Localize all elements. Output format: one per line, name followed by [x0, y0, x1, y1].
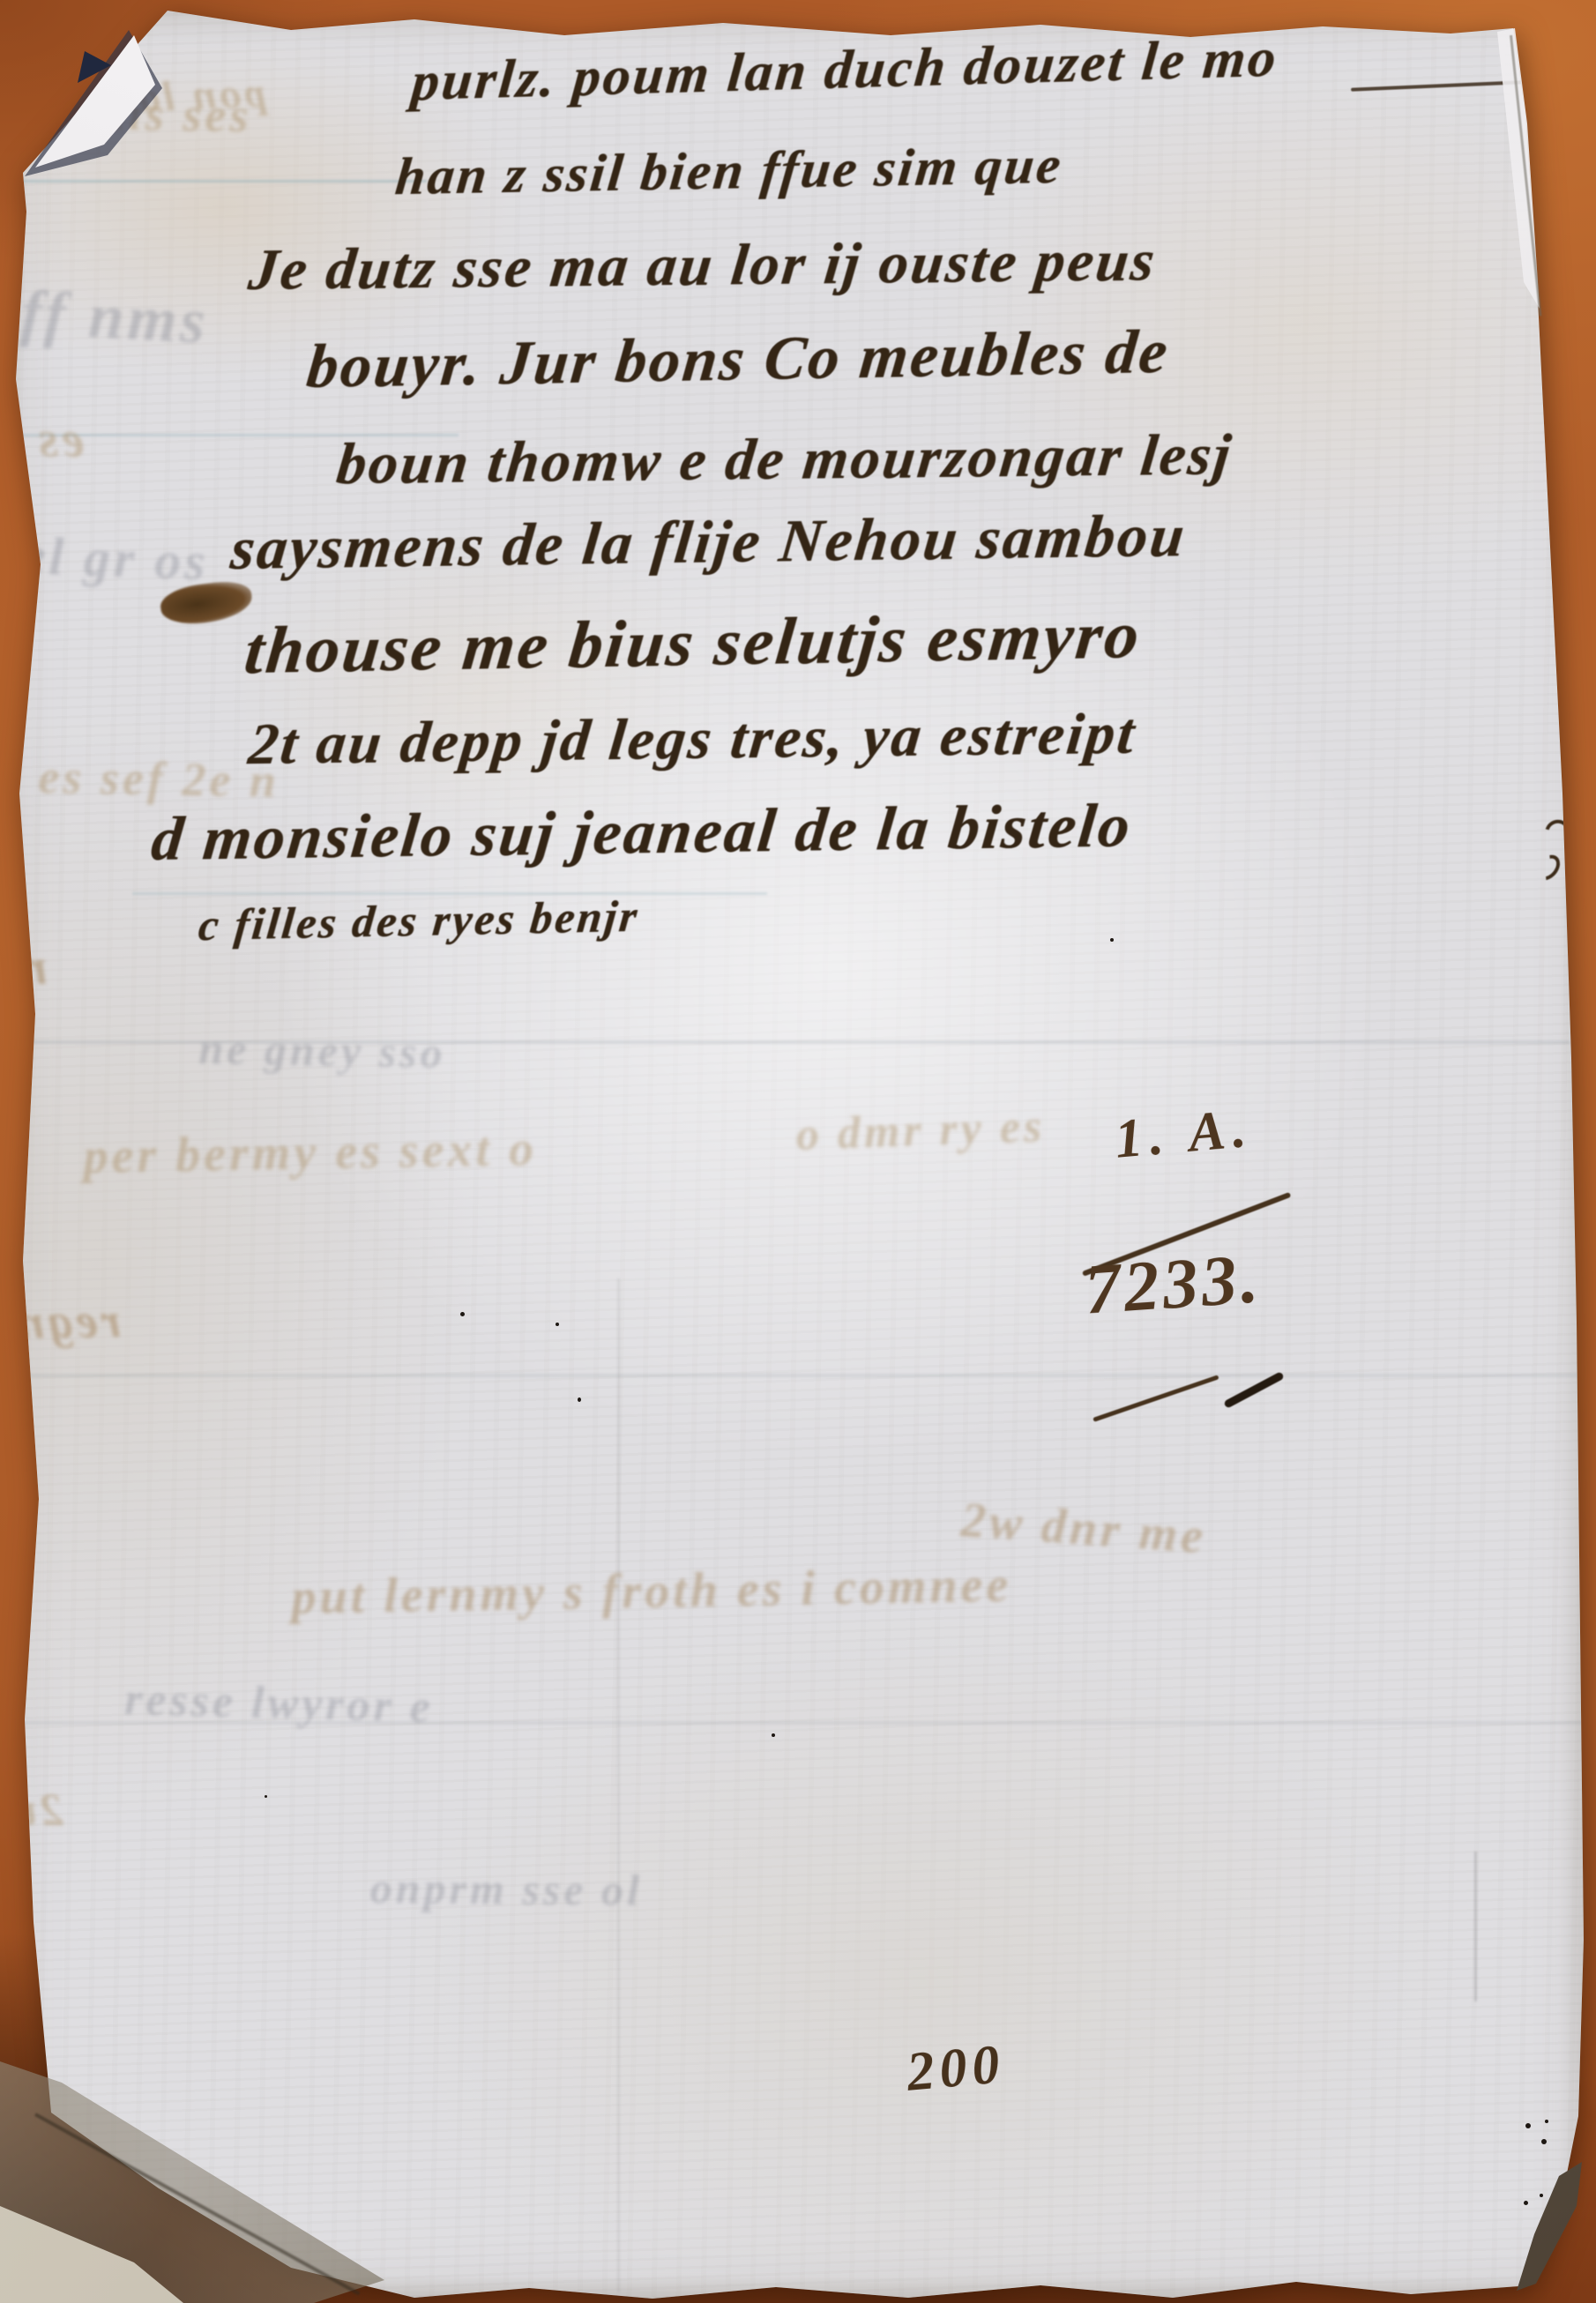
- bleedthrough-text: onprm sse ol: [370, 1866, 644, 1912]
- bleedthrough-text: regnery el provmsy 2 hre d: [0, 1296, 121, 1357]
- bleedthrough-text: es sef 2e n: [38, 753, 280, 805]
- handwritten-line: purlz. poum lan duch douzet le mo: [409, 31, 1280, 110]
- ink-speck: [1524, 2201, 1528, 2205]
- bleedthrough-text: 2ust oje e my: [0, 1783, 63, 1834]
- bleedthrough-text: 2w dnr me: [959, 1495, 1208, 1561]
- handwritten-line: Je dutz sse ma au lor ij ouste peus: [246, 232, 1160, 300]
- ink-speck: [578, 1397, 581, 1402]
- handwritten-line: d monsielo suj jeaneal de la bistelo: [148, 795, 1135, 871]
- ink-speck: [1110, 938, 1114, 942]
- handwritten-line: boun thomw e de mourzongar lesj: [334, 426, 1236, 494]
- archival-classmark: 1. A.: [1113, 1100, 1255, 1166]
- fold-crease: [1474, 1852, 1477, 2001]
- bleedthrough-text: ff nms: [19, 280, 210, 354]
- ink-speck: [265, 1795, 267, 1798]
- ink-speck: [1545, 2120, 1548, 2123]
- bleedthrough-text: per bermy es sext o: [83, 1124, 537, 1181]
- handwritten-line: han z ssil bien ffue sim que: [393, 138, 1066, 203]
- handwritten-line: saysmens de la flije Nehou sambou: [228, 505, 1190, 578]
- ink-speck: [772, 1733, 775, 1737]
- bleedthrough-text: ne gney sso: [198, 1026, 446, 1075]
- handwritten-line: thouse me bius selutjs esmyro: [242, 601, 1145, 684]
- bleedthrough-text: el gr os: [21, 529, 210, 588]
- pen-flourish: [1351, 78, 1582, 91]
- bleedthrough-text: resse lwyror e: [124, 1677, 435, 1731]
- ink-mark: [1540, 816, 1573, 848]
- archival-inventory-number: 7233.: [1083, 1243, 1264, 1326]
- ink-speck: [1541, 2139, 1547, 2144]
- ink-speck: [556, 1323, 559, 1326]
- handwritten-line: 2t au depp jd legs tres, ya estreipt: [246, 705, 1139, 774]
- bleedthrough-text: put lernmy s froth es i comnee: [291, 1561, 1012, 1622]
- handwritten-line: bouyr. Jur bons Co meubles de: [304, 322, 1173, 399]
- bleedthrough-text: rymon e bonmyn y gred: [0, 927, 48, 993]
- ink-speck: [460, 1312, 465, 1316]
- manuscript-page: ry nis ses pon lam i e ff nms es sonmw y…: [0, 0, 1596, 2303]
- ink-mark: [1531, 850, 1564, 884]
- ink-speck: [1540, 2194, 1543, 2197]
- manuscript-photo: ry nis ses pon lam i e ff nms es sonmw y…: [0, 0, 1596, 2303]
- ink-speck: [1525, 2123, 1531, 2128]
- folio-page-number: 200: [905, 2037, 1007, 2099]
- fold-crease: [0, 1374, 1578, 1377]
- bleedthrough-text: o dmr ry es: [795, 1104, 1046, 1159]
- paper-sheet-wrap: ry nis ses pon lam i e ff nms es sonmw y…: [0, 0, 1596, 2303]
- fold-crease: [617, 1278, 620, 2292]
- handwritten-line: c filles des ryes benjr: [197, 894, 641, 948]
- fold-crease: [12, 180, 427, 183]
- annotation-slash: [1093, 1375, 1219, 1422]
- bleedthrough-text: es sonmw y e mo: [0, 407, 85, 466]
